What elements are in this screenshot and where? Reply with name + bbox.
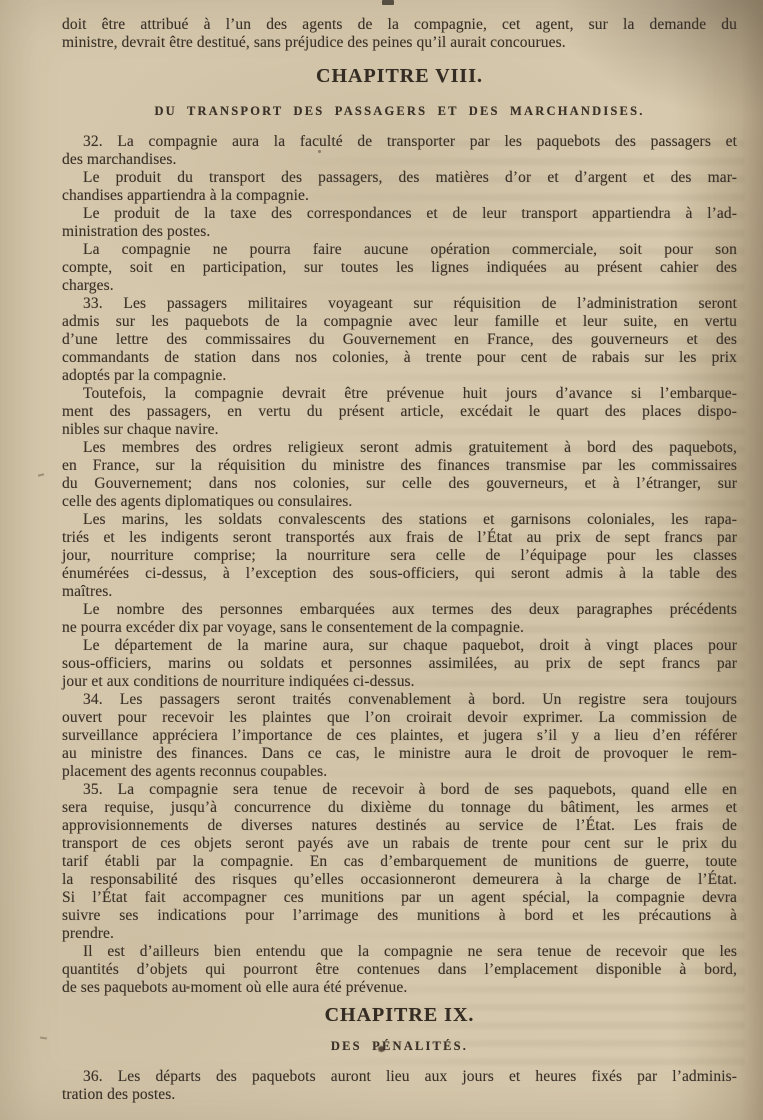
text-line: nibles sur chaque navire. xyxy=(62,421,737,439)
scanned-book-page: doit être attribué à l’un des agents de … xyxy=(0,0,763,1120)
paragraph: 36. Les départs des paquebots auront lie… xyxy=(62,1068,737,1104)
text-line: ministration des postes. xyxy=(62,223,737,241)
paragraph: Le nombre des personnes embarquées aux t… xyxy=(62,601,737,637)
paragraph: 32. La compagnie aura la faculté de tran… xyxy=(62,133,737,169)
paragraph: 34. Les passagers seront traités convena… xyxy=(62,691,737,781)
chapter-ix-body: 36. Les départs des paquebots auront lie… xyxy=(62,1068,737,1104)
text-line: ouvert pour recevoir les plaintes que l’… xyxy=(62,709,737,727)
chapter-ix-title: CHAPITRE IX. xyxy=(62,1003,737,1027)
text-line: Les membres des ordres religieux seront … xyxy=(62,439,737,457)
text-line: Le département de la marine aura, sur ch… xyxy=(62,637,737,655)
text-line: Le nombre des personnes embarquées aux t… xyxy=(62,601,737,619)
text-line: placement des agents reconnus coupables. xyxy=(62,763,737,781)
text-line: d’une lettre des commissaires du Gouvern… xyxy=(62,331,737,349)
text-line: triés et les indigents seront transporté… xyxy=(62,529,737,547)
text-line: compte, soit en participation, sur toute… xyxy=(62,259,737,277)
text-line: prendre. xyxy=(62,925,737,943)
text-line: ment des passagers, en vertu du présent … xyxy=(62,403,737,421)
paragraph: Il est d’ailleurs bien entendu que la co… xyxy=(62,943,737,997)
text-line: celle des agents diplomatiques ou consul… xyxy=(62,493,737,511)
text-line: 32. La compagnie aura la faculté de tran… xyxy=(62,133,737,151)
text-line: adoptés par la compagnie. xyxy=(62,367,737,385)
text-line: surveillance appréciera l’importance de … xyxy=(62,727,737,745)
text-line: Il est d’ailleurs bien entendu que la co… xyxy=(62,943,737,961)
text-line: des marchandises. xyxy=(62,151,737,169)
text-line: sera requise, jusqu’à concurrence du dix… xyxy=(62,799,737,817)
text-line: 35. La compagnie sera tenue de recevoir … xyxy=(62,781,737,799)
text-line: du Gouvernement; dans nos colonies, sur … xyxy=(62,475,737,493)
paragraph: Le département de la marine aura, sur ch… xyxy=(62,637,737,691)
paragraph: Le produit de la taxe des correspondance… xyxy=(62,205,737,241)
paragraph: Les marins, les soldats convalescents de… xyxy=(62,511,737,601)
text-line: jour et aux conditions de nourriture ind… xyxy=(62,673,737,691)
text-line: Le produit du transport des passagers, d… xyxy=(62,169,737,187)
paragraph: Le produit du transport des passagers, d… xyxy=(62,169,737,205)
chapter-viii-body: 32. La compagnie aura la faculté de tran… xyxy=(62,133,737,997)
ink-speck xyxy=(186,986,190,989)
paragraph-continuation: doit être attribué à l’un des agents de … xyxy=(62,16,737,52)
text-line: approvisionnements de diverses natures d… xyxy=(62,817,737,835)
text-line: jour, nourriture comprise; la nourriture… xyxy=(62,547,737,565)
text-line: 34. Les passagers seront traités convena… xyxy=(62,691,737,709)
chapter-viii-title: CHAPITRE VIII. xyxy=(62,64,737,88)
text-line: maîtres. xyxy=(62,583,737,601)
paragraph: 35. La compagnie sera tenue de recevoir … xyxy=(62,781,737,943)
text-line: 33. Les passagers militaires voyageant s… xyxy=(62,295,737,313)
text-line: ministre, devrait être destitué, sans pr… xyxy=(62,34,737,52)
paragraph: La compagnie ne pourra faire aucune opér… xyxy=(62,241,737,295)
text-line: sous-officiers, marins ou soldats et per… xyxy=(62,655,737,673)
page-content: doit être attribué à l’un des agents de … xyxy=(62,16,737,1104)
text-line: doit être attribué à l’un des agents de … xyxy=(62,16,737,34)
text-line: de ses paquebots au moment où elle aura … xyxy=(62,979,737,997)
paragraph: 33. Les passagers militaires voyageant s… xyxy=(62,295,737,385)
text-line: énumérées ci-dessus, à l’exception des s… xyxy=(62,565,737,583)
text-line: tration des postes. xyxy=(62,1086,737,1104)
text-line: suivre ses indications pour l’arrimage d… xyxy=(62,907,737,925)
ink-blot xyxy=(378,1046,385,1052)
chapter-ix-subtitle: DES PÉNALITÉS. xyxy=(62,1039,737,1054)
paragraph: Toutefois, la compagnie devrait être pré… xyxy=(62,385,737,439)
text-line: charges. xyxy=(62,277,737,295)
text-line: Si l’État fait accompagner ces munitions… xyxy=(62,889,737,907)
paragraph: Les membres des ordres religieux seront … xyxy=(62,439,737,511)
text-line: quantités d’objets qui pourront être con… xyxy=(62,961,737,979)
text-line: transport de ces objets seront payés ave… xyxy=(62,835,737,853)
text-line: Les marins, les soldats convalescents de… xyxy=(62,511,737,529)
text-line: Toutefois, la compagnie devrait être pré… xyxy=(62,385,737,403)
text-line: tarif établi par la compagnie. En cas d’… xyxy=(62,853,737,871)
text-line: admis sur les paquebots de la compagnie … xyxy=(62,313,737,331)
text-line: commandants de station dans nos colonies… xyxy=(62,349,737,367)
scan-artifact-top xyxy=(382,0,394,5)
ink-speck xyxy=(318,150,321,153)
text-line: Le produit de la taxe des correspondance… xyxy=(62,205,737,223)
text-line: la responsabilité des risques qu’elles o… xyxy=(62,871,737,889)
text-line: ne pourra excéder dix par voyage, sans l… xyxy=(62,619,737,637)
text-line: 36. Les départs des paquebots auront lie… xyxy=(62,1068,737,1086)
chapter-viii-subtitle: DU TRANSPORT DES PASSAGERS ET DES MARCHA… xyxy=(62,104,737,119)
text-line: chandises appartiendra à la compagnie. xyxy=(62,187,737,205)
text-line: au ministre des finances. Dans ce cas, l… xyxy=(62,745,737,763)
text-line: La compagnie ne pourra faire aucune opér… xyxy=(62,241,737,259)
text-line: en France, sur la réquisition du ministr… xyxy=(62,457,737,475)
